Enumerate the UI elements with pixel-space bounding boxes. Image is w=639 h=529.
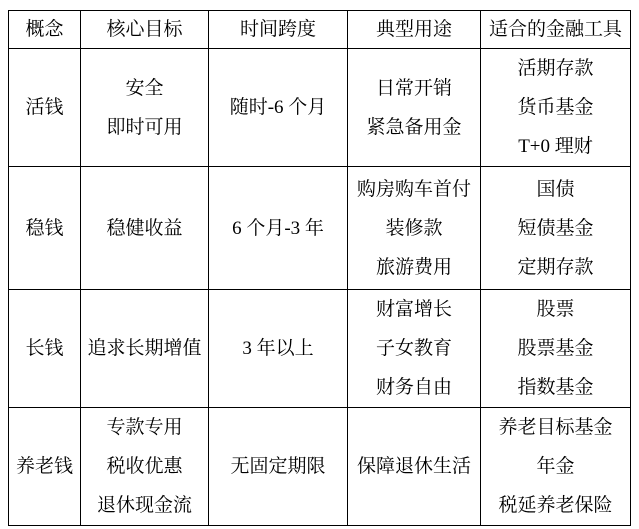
cell-text: 3 年以上 (209, 329, 347, 368)
header-text: 适合的金融工具 (481, 18, 630, 42)
header-typical-uses: 典型用途 (348, 11, 481, 49)
cell-concept: 稳钱 (9, 167, 81, 290)
cell-text: 保障退休生活 (348, 447, 480, 486)
cell-text: 国债 (481, 170, 630, 209)
cell-text: 旅游费用 (348, 248, 480, 287)
cell-text: 税收优惠 (81, 447, 208, 486)
cell-time-span: 随时-6 个月 (209, 49, 348, 167)
cell-text: 活期存款 (481, 49, 630, 88)
cell-tools: 活期存款 货币基金 T+0 理财 (481, 49, 631, 167)
header-text: 核心目标 (81, 18, 208, 42)
table-row: 养老钱 专款专用 税收优惠 退休现金流 无固定期限 保障退休生活 养老目标基金 … (9, 408, 631, 526)
cell-core-goal: 专款专用 税收优惠 退休现金流 (81, 408, 209, 526)
cell-text: 指数基金 (481, 368, 630, 407)
cell-text: 6 个月-3 年 (209, 209, 347, 248)
header-text: 时间跨度 (209, 18, 347, 42)
cell-text: 短债基金 (481, 209, 630, 248)
cell-text: T+0 理财 (481, 127, 630, 166)
cell-core-goal: 追求长期增值 (81, 290, 209, 408)
document-page: 概念 核心目标 时间跨度 典型用途 适合的金融工具 活钱 安全 即时可用 随时-… (0, 0, 639, 529)
cell-tools: 养老目标基金 年金 税延养老保险 (481, 408, 631, 526)
cell-text: 追求长期增值 (81, 329, 208, 368)
header-concept: 概念 (9, 11, 81, 49)
cell-text: 年金 (481, 447, 630, 486)
cell-concept: 活钱 (9, 49, 81, 167)
header-time-span: 时间跨度 (209, 11, 348, 49)
table-row: 长钱 追求长期增值 3 年以上 财富增长 子女教育 财务自由 股票 股票基金 指… (9, 290, 631, 408)
cell-text: 养老目标基金 (481, 408, 630, 447)
cell-core-goal: 稳健收益 (81, 167, 209, 290)
cell-typical-uses: 保障退休生活 (348, 408, 481, 526)
cell-text: 货币基金 (481, 88, 630, 127)
cell-text: 长钱 (9, 329, 80, 368)
header-text: 典型用途 (348, 18, 480, 42)
cell-typical-uses: 财富增长 子女教育 财务自由 (348, 290, 481, 408)
table-row: 稳钱 稳健收益 6 个月-3 年 购房购车首付 装修款 旅游费用 国债 短债基金… (9, 167, 631, 290)
table-row: 活钱 安全 即时可用 随时-6 个月 日常开销 紧急备用金 活期存款 货币基金 … (9, 49, 631, 167)
cell-text: 稳钱 (9, 209, 80, 248)
cell-text: 股票基金 (481, 329, 630, 368)
cell-text: 随时-6 个月 (209, 88, 347, 127)
cell-text: 稳健收益 (81, 209, 208, 248)
cell-core-goal: 安全 即时可用 (81, 49, 209, 167)
money-buckets-table: 概念 核心目标 时间跨度 典型用途 适合的金融工具 活钱 安全 即时可用 随时-… (8, 10, 631, 526)
header-core-goal: 核心目标 (81, 11, 209, 49)
header-text: 概念 (9, 18, 80, 42)
cell-text: 股票 (481, 290, 630, 329)
cell-text: 购房购车首付 (348, 170, 480, 209)
cell-text: 日常开销 (348, 69, 480, 108)
cell-text: 养老钱 (9, 447, 80, 486)
table-header-row: 概念 核心目标 时间跨度 典型用途 适合的金融工具 (9, 11, 631, 49)
cell-text: 装修款 (348, 209, 480, 248)
cell-text: 专款专用 (81, 408, 208, 447)
cell-concept: 长钱 (9, 290, 81, 408)
cell-text: 安全 (81, 69, 208, 108)
cell-text: 即时可用 (81, 108, 208, 147)
cell-text: 定期存款 (481, 248, 630, 287)
cell-text: 子女教育 (348, 329, 480, 368)
cell-text: 财富增长 (348, 290, 480, 329)
cell-text: 财务自由 (348, 368, 480, 407)
cell-typical-uses: 购房购车首付 装修款 旅游费用 (348, 167, 481, 290)
cell-text: 无固定期限 (209, 447, 347, 486)
cell-time-span: 3 年以上 (209, 290, 348, 408)
cell-tools: 股票 股票基金 指数基金 (481, 290, 631, 408)
cell-text: 退休现金流 (81, 486, 208, 525)
cell-time-span: 无固定期限 (209, 408, 348, 526)
cell-tools: 国债 短债基金 定期存款 (481, 167, 631, 290)
cell-text: 活钱 (9, 88, 80, 127)
cell-text: 税延养老保险 (481, 486, 630, 525)
cell-time-span: 6 个月-3 年 (209, 167, 348, 290)
cell-concept: 养老钱 (9, 408, 81, 526)
header-tools: 适合的金融工具 (481, 11, 631, 49)
cell-text: 紧急备用金 (348, 108, 480, 147)
cell-typical-uses: 日常开销 紧急备用金 (348, 49, 481, 167)
